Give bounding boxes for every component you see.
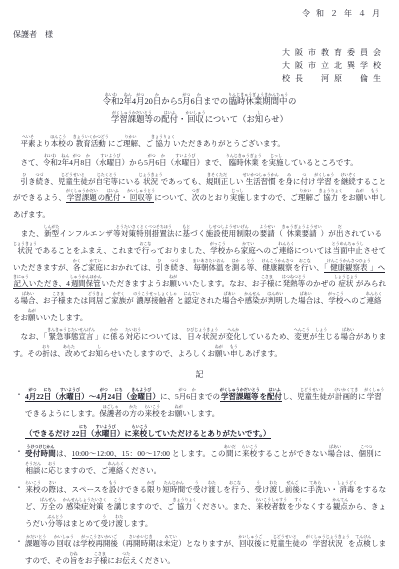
text-segment: ）から5 <box>122 158 148 167</box>
notes-list: ・4月がつ22日にち（水曜日すいようび）～4月がつ24日にち（金曜日きんようび）… <box>13 387 386 569</box>
text-segment: 令和れいわ <box>103 97 120 106</box>
text-segment: （ <box>92 158 100 167</box>
text-segment: いいたします。なお、お <box>177 279 259 288</box>
text-segment: 水曜日すいようび <box>59 392 82 402</box>
text-segment: ）となりますが、 <box>178 539 238 548</box>
text-segment: した <box>283 296 298 305</box>
bullet-marker: ・ <box>13 534 25 569</box>
text-segment: 2 <box>119 97 123 106</box>
list-item: ・課題等かだいとうの回収かいしゅうは学校再開後がっこうさいかいご（再開時期さいか… <box>13 534 386 569</box>
text-segment: しますので、ご <box>245 193 298 202</box>
text-segment: にご <box>108 139 123 148</box>
text-segment: 来校者数らいこうしゃすう <box>255 502 287 511</box>
text-segment: ください。 <box>124 466 162 475</box>
text-segment: 週間保管しゅうかんほかん <box>70 279 102 289</box>
text-segment: 配付はいふ <box>105 193 120 203</box>
text-segment: 改あらた <box>65 349 73 358</box>
text-segment: 水曜日すいようび <box>174 158 197 167</box>
title-line-2: 学習課題等がくしゅうかだいとうの配付はいふ・回収かいしゅうについて（お知しらせ） <box>13 110 386 128</box>
text-segment: は、 <box>343 449 359 458</box>
text-segment: 月がつ <box>182 97 190 106</box>
text-segment: い、 <box>309 263 324 272</box>
text-segment: 24 <box>108 392 116 402</box>
text-segment: し <box>277 485 285 494</box>
text-segment: におかれては、 <box>103 263 156 272</box>
text-segment: であることをふまえ、これまで <box>35 246 141 255</box>
paragraph: 引ひき続つづき、児童生徒じどうせいとが自宅等じたくとうにいる状況じょうきょうであ… <box>13 172 386 224</box>
text-segment: き、 <box>43 177 58 186</box>
bullet-text: 受付時間うけつけじかんは、10:00～12:00、15：00～17:00 としま… <box>25 444 386 480</box>
text-segment: 日か <box>153 97 161 106</box>
text-segment: 当面中止とうめんちゅうし <box>332 246 364 255</box>
text-segment: しあげます。 <box>238 349 282 358</box>
text-segment: に <box>262 539 270 548</box>
text-segment: 渡わた <box>270 485 278 494</box>
text-segment: ）が <box>320 229 336 238</box>
text-segment: じますので、ご <box>121 502 174 511</box>
text-segment: 日にち <box>115 392 123 402</box>
text-segment: 受う <box>254 485 262 494</box>
text-segment: 前後ぜんご <box>285 485 300 494</box>
text-segment <box>13 139 21 148</box>
text-segment: に、5 <box>160 392 179 401</box>
text-segment: はまとめて <box>63 519 101 528</box>
text-segment: をお <box>13 313 28 322</box>
text-segment: 子様こさま <box>92 556 107 565</box>
bullet-marker: ・ <box>13 387 25 423</box>
sender-line-organization: 大阪市教育委員会 <box>13 46 386 59</box>
text-segment: 際さい <box>48 485 56 494</box>
text-segment: なお、「 <box>13 332 47 341</box>
text-segment: 渡わた <box>208 485 216 494</box>
text-segment: します。 <box>123 519 152 528</box>
text-segment: 家族かぞく <box>111 296 126 305</box>
text-segment: 毎朝体温まいあさたいおん <box>193 263 225 272</box>
text-segment: 子様こさま <box>259 279 274 288</box>
text-segment: に <box>300 485 308 494</box>
text-segment: することができない <box>257 449 327 458</box>
text-segment: けできる <box>117 485 148 494</box>
text-segment: については、 <box>141 332 187 341</box>
text-segment: 記入きにゅう <box>13 279 29 289</box>
text-segment: 発熱等はつねつとう <box>282 279 306 288</box>
text-segment: へのご <box>344 296 367 305</box>
text-segment: 学校がっこう <box>210 246 226 255</box>
text-segment: えください。 <box>130 556 175 565</box>
text-segment: 短時間たんじかん <box>162 485 185 494</box>
text-segment: （できるだけ 22 <box>25 429 79 439</box>
text-segment: しい <box>228 177 243 186</box>
text-segment: ）まで、 <box>197 158 227 167</box>
text-segment: 協力きょうりょく <box>174 502 194 511</box>
text-segment: 継続けいぞく <box>341 177 357 186</box>
text-segment: 児童生徒じどうせいと <box>270 539 300 548</box>
document-page: 令和２年４月 保護者 様 大阪市教育委員会 大阪市立北巽学校 校長 河原 倫生 … <box>0 0 399 569</box>
text-segment: 感染症対策かんせんしょうたいさく <box>63 502 106 511</box>
text-segment: していただけるとありがたいです。） <box>147 429 270 439</box>
list-item: ・来校らいこうの際さいは、スペースを設もうけできる限かぎり短時間たんじかんで受う… <box>13 480 386 532</box>
text-segment: 折おり <box>42 349 50 358</box>
text-segment: 伝つた <box>122 556 130 565</box>
text-segment: 実施じっし <box>230 193 245 202</box>
text-segment: 臨時休業期間中りんじきゅうぎょうきかんちゅう <box>228 97 288 106</box>
text-segment: い <box>363 193 371 202</box>
text-segment: 学習課題がくしゅうかだい <box>66 193 98 203</box>
text-segment: 感染かんせん <box>245 296 261 305</box>
text-segment: 学校がっこう <box>328 296 344 305</box>
text-segment: または <box>66 296 89 305</box>
list-item: ・受付時間うけつけじかんは、10:00～12:00、15：00～17:00 とし… <box>13 444 386 480</box>
text-segment: のとおり <box>199 193 229 202</box>
text-segment: いします。 <box>182 409 219 418</box>
sender-line-school: 大阪市立北巽学校 <box>13 59 386 72</box>
text-segment: 来校らいこう <box>132 429 148 439</box>
text-segment: け <box>200 485 208 494</box>
text-segment: 実施じっし <box>268 158 283 167</box>
text-segment: めてお <box>73 349 96 358</box>
text-segment: をお <box>160 409 175 418</box>
text-segment: 連絡れんらく <box>366 296 382 305</box>
text-segment: より <box>36 139 51 148</box>
text-segment: 回収かいしゅう <box>186 115 204 124</box>
text-segment: 消毒しょうどく <box>338 485 356 494</box>
text-segment: 手洗てあら <box>308 485 323 494</box>
text-segment: 規則正きそくただ <box>206 177 229 186</box>
text-segment: をお <box>77 556 92 565</box>
text-segment: 状況じょうきょう <box>13 246 35 255</box>
text-segment: 設もう <box>109 485 117 494</box>
text-segment: 場合ばあい <box>21 296 36 305</box>
text-segment: 緊急事態宣言きんきゅうじたいせんげん <box>47 332 95 341</box>
list-item: ・4月がつ22日にち（水曜日すいようび）～4月がつ24日にち（金曜日きんようび）… <box>13 387 386 423</box>
text-segment: しているため、 <box>241 332 294 341</box>
bullet-marker: ・ <box>13 480 25 532</box>
body-paragraphs: 平素へいそより本校ほんこうの教育活動きょういくかつどうにご理解りかい、ご協力きょ… <box>13 134 386 362</box>
text-segment: 続つづ <box>36 177 44 186</box>
bullet-text: （できるだけ 22日にち（水曜日すいようび）に来校らいこうしていただけるとありが… <box>25 424 386 443</box>
text-segment: 年ねん <box>62 158 70 167</box>
text-segment: 対応たいおう <box>125 332 141 341</box>
text-segment: 本校ほんこう <box>51 139 67 148</box>
text-segment: いいたします。 <box>36 313 88 322</box>
text-segment: 水曜日すいようび <box>99 158 122 167</box>
text-segment: された <box>199 296 222 305</box>
bullet-text: 来校らいこうの際さいは、スペースを設もうけできる限かぎり短時間たんじかんで受うけ… <box>25 480 386 532</box>
bullet-marker <box>13 424 25 443</box>
text-segment <box>13 177 21 186</box>
text-segment: ご <box>81 263 89 272</box>
text-segment: 場合ばあい <box>327 449 343 458</box>
text-segment: までの <box>198 392 221 401</box>
text-segment: 10:00～12:00、15：00～17:00 <box>72 449 170 459</box>
text-segment: 学習がくしゅう <box>316 177 334 186</box>
text-segment: 続つづ <box>171 263 179 272</box>
text-segment: 同居どうきょ <box>88 296 104 305</box>
text-segment: 変更へんこう <box>294 332 310 341</box>
text-segment: 家庭かてい <box>241 246 256 255</box>
text-segment: いただきありがとうございます。 <box>173 139 285 148</box>
text-segment: 健康観察表けんこうかんさつひょう <box>327 263 370 273</box>
text-segment: 受う <box>101 519 109 528</box>
paragraph: なお、「緊急事態宣言きんきゅうじたいせんげん」に係かかる対応たいおうについては、… <box>13 327 386 363</box>
text-segment: をお <box>341 193 356 202</box>
text-segment: 行おこな <box>231 485 239 494</box>
text-segment: 分等ぶんとう <box>48 519 64 528</box>
text-segment: については <box>294 246 332 255</box>
text-segment: ） <box>153 392 161 402</box>
text-segment: の <box>288 97 296 106</box>
text-segment: できるようにします。 <box>25 409 99 418</box>
text-segment: 保護者ほごしゃ <box>99 409 122 418</box>
recipient-line: 保護者 様 <box>13 29 386 41</box>
bullet-text: 課題等かだいとうの回収かいしゅうは学校再開後がっこうさいかいご（再開時期さいかい… <box>25 534 386 569</box>
text-segment: 渡わた <box>116 519 124 528</box>
text-segment: は、 <box>56 449 72 458</box>
text-segment: 日々状況ひびじょうきょう <box>187 332 219 341</box>
text-segment: 令和れいわ <box>43 158 58 167</box>
text-segment: 日にち <box>79 429 87 439</box>
text-segment: 万全ばんぜん <box>40 502 56 511</box>
text-segment: のかぜの <box>306 279 336 288</box>
text-segment: 方かた <box>129 409 137 418</box>
text-segment: （ <box>51 392 59 402</box>
text-segment: 休業要請きゅうぎょうようせい <box>283 229 321 238</box>
text-segment: なくする <box>302 502 333 511</box>
text-segment: 各かく <box>73 263 81 272</box>
text-segment: を <box>106 502 114 511</box>
text-segment: いただきますようお <box>101 279 169 288</box>
text-segment: 状況じょうきょう <box>141 177 161 186</box>
text-segment: 課題等かだいとう <box>25 539 48 548</box>
bullet-text: 4月がつ22日にち（水曜日すいようび）～4月がつ24日にち（金曜日きんようび）に… <box>25 387 386 423</box>
text-segment: インフルエンザ <box>59 229 113 238</box>
text-segment: 生しょう <box>317 332 325 341</box>
text-segment: 引ひ <box>156 263 164 272</box>
paragraph: 平素へいそより本校ほんこうの教育活動きょういくかつどうにご理解りかい、ご協力きょ… <box>13 134 386 153</box>
text-segment: 観点かんてん <box>333 502 349 511</box>
text-segment: されている <box>344 229 382 238</box>
text-segment: 水曜日すいようび <box>94 429 117 439</box>
text-segment: っておりました、 <box>149 246 210 255</box>
text-segment: い・ <box>323 485 338 494</box>
text-segment: であっても、 <box>161 177 206 186</box>
text-segment: 日か <box>195 97 203 106</box>
list-item: （できるだけ 22日にち（水曜日すいようび）に来校らいこうしていただけるとありが… <box>13 424 386 443</box>
text-segment: 生活習慣せいかつしゅうかん <box>243 177 278 186</box>
text-segment: らせ） <box>263 115 288 124</box>
text-segment: 場合ばあい <box>298 296 313 305</box>
text-segment: 認定にんてい <box>184 296 200 305</box>
text-segment: 願ねが <box>28 313 36 322</box>
text-segment: とします。この <box>170 449 226 458</box>
text-segment: 」へ <box>370 263 385 273</box>
date-line: 令和２年４月 <box>13 8 386 20</box>
text-segment: 計画的けいかくてき <box>335 392 359 401</box>
text-segment: 日か <box>190 392 198 401</box>
text-segment: いただき、4 <box>29 279 70 289</box>
text-segment: 20 <box>144 97 152 106</box>
text-segment: づく <box>190 229 206 238</box>
text-segment: 学習課題等がくしゅうかだいとう <box>111 115 153 124</box>
text-segment: に <box>374 449 382 458</box>
title-line-1: 令和れいわ2年ねん4月がつ20日かから5月がつ6日かまでの臨時休業期間中りんじき… <box>13 92 386 110</box>
text-segment: 健康観察けんこうかんさつ <box>262 263 294 272</box>
text-segment: 学校再開後がっこうさいかいご <box>80 539 118 548</box>
text-segment: 引ひ <box>21 177 29 186</box>
text-segment: 個別こべつ <box>359 449 375 458</box>
text-segment: 点検てんけん <box>356 539 372 548</box>
text-segment: 相談そうだん <box>25 466 41 475</box>
text-segment: （ <box>167 158 175 167</box>
text-segment: 来校らいこう <box>144 409 160 418</box>
text-segment: 願ねが <box>169 279 177 288</box>
text-segment: 連絡れんらく <box>279 246 295 255</box>
text-segment: 平素へいそ <box>21 139 36 148</box>
text-segment: までの <box>203 97 228 106</box>
text-segment: の <box>153 115 161 124</box>
text-segment: から5 <box>161 97 182 106</box>
text-segment: 基もと <box>182 229 190 238</box>
text-segment: じますので、ご <box>56 466 108 475</box>
text-segment: し、 <box>282 392 297 401</box>
text-segment: （ <box>123 392 131 402</box>
text-segment: 出だ <box>336 229 344 238</box>
text-segment: 場合ばあい <box>341 332 356 341</box>
text-segment: と <box>176 296 184 305</box>
text-segment: 申もう <box>371 193 379 202</box>
text-segment: らせいたしますので、よろしくお <box>103 349 215 358</box>
text-segment: 金曜日きんようび <box>130 392 153 402</box>
text-segment: 家庭かてい <box>88 263 103 272</box>
text-segment: さて、 <box>13 158 43 167</box>
text-segment: 、お <box>36 296 51 305</box>
bullet-marker: ・ <box>13 444 25 480</box>
text-segment: 係かか <box>110 332 118 341</box>
text-segment: （ <box>118 539 126 548</box>
text-segment: 児童生徒じどうせいと <box>297 392 327 401</box>
text-segment: で <box>185 485 193 494</box>
text-segment: 新型しんがた <box>44 229 60 238</box>
text-segment: 日か <box>84 158 92 167</box>
text-segment: ）～4 <box>81 392 100 402</box>
text-segment: 間あいだ <box>226 449 234 458</box>
text-segment: 判明はんめい <box>268 296 284 305</box>
text-segment: 願ねが <box>215 349 223 358</box>
text-segment: にいる <box>118 177 141 186</box>
text-segment: 応おう <box>48 466 56 475</box>
text-segment: ください。また、 <box>194 502 255 511</box>
text-segment: 臨時休業りんじきゅうぎょう <box>226 158 261 167</box>
text-segment: を <box>260 392 268 402</box>
text-segment: 子様こさま <box>51 296 66 305</box>
text-segment: 回収後かいしゅうご <box>239 539 263 548</box>
text-segment: う、 <box>239 485 254 494</box>
text-segment: に <box>275 279 283 288</box>
text-segment: について、 <box>154 193 192 202</box>
text-segment: に <box>234 449 242 458</box>
text-segment: 再開時期さいかいじき <box>126 539 156 548</box>
text-segment: は、スペースを <box>56 485 109 494</box>
text-segment: 未定みてい <box>163 539 178 548</box>
text-segment: 知し <box>255 115 263 124</box>
text-segment: 配付はいふ <box>161 115 178 124</box>
text-segment: き、 <box>178 263 193 272</box>
text-segment: 協力きょうりょく <box>321 193 341 202</box>
text-segment: 施設使用制限しせつしようせいげん <box>206 229 252 238</box>
text-segment: 限かぎ <box>147 485 155 494</box>
text-segment: 協力きょうりょく <box>153 139 173 148</box>
text-segment: 回収等かいしゅうとう <box>128 193 154 203</box>
text-segment: にお <box>107 556 122 565</box>
text-segment: 症状しょうじょう <box>336 279 356 288</box>
paragraph: さて、令和れいわ2年ねん4月がつ8日か（水曜日すいようび）から5月がつ6日か（水… <box>13 153 386 172</box>
text-segment: ）に <box>117 429 132 439</box>
text-segment: 教育活動きょういくかつどう <box>74 139 109 148</box>
text-segment: 回収かいしゅう <box>55 539 73 548</box>
ki-marker: 記 <box>13 369 386 381</box>
document-title: 令和れいわ2年ねん4月がつ20日かから5月がつ6日かまでの臨時休業期間中りんじき… <box>13 92 386 128</box>
text-segment: 受付時間うけつけじかん <box>25 449 56 458</box>
text-segment: 身み <box>285 177 293 186</box>
text-segment: 理解りかい <box>123 139 138 148</box>
text-segment: 日か <box>159 158 167 167</box>
text-segment: 理解りかい <box>298 193 313 202</box>
text-segment: 配付はいふ <box>267 392 282 402</box>
text-segment: は、 <box>313 296 328 305</box>
text-segment: 濃厚接触者のうこうせっしょくしゃ <box>134 296 177 305</box>
text-segment: しているところです。 <box>283 158 357 167</box>
sender-block: 大阪市教育委員会 大阪市立北巽学校 校長 河原 倫生 <box>13 46 386 85</box>
text-segment: 来校らいこう <box>25 485 41 494</box>
text-segment: 自宅等じたくとう <box>95 177 118 186</box>
text-segment: また、 <box>13 229 44 238</box>
text-segment: 知し <box>95 349 103 358</box>
text-segment: 少すく <box>295 502 303 511</box>
text-segment: 学習状況がくしゅうじょうきょう <box>307 539 348 548</box>
text-segment: 要請ようせい <box>260 229 276 238</box>
paragraph: また、新型しんがたインフルエンザ等対策特別措置法とうたいさくとくべつそちほうに基… <box>13 224 386 327</box>
text-segment: い <box>223 349 231 358</box>
text-segment: 変化へんか <box>226 332 241 341</box>
text-segment: 」に <box>95 332 110 341</box>
text-segment: じる <box>325 332 340 341</box>
text-segment: 来校らいこう <box>242 449 258 458</box>
text-segment: 月がつ <box>100 392 108 402</box>
text-segment: 連絡れんらく <box>108 466 124 475</box>
sender-line-principal: 校長 河原 倫生 <box>13 72 386 85</box>
text-segment: 年ねん <box>124 97 132 106</box>
text-segment: 児童生徒じどうせいと <box>58 177 88 186</box>
text-segment: 等対策特別措置法とうたいさくとくべつそちほう <box>113 229 175 238</box>
text-segment: 学習がくしゅう <box>366 392 384 401</box>
text-segment: 22 <box>36 392 44 402</box>
text-segment: 付つ <box>300 177 308 186</box>
text-segment: 場合ばあい <box>222 296 237 305</box>
text-segment: へのご <box>256 246 279 255</box>
text-segment: から <box>226 246 241 255</box>
text-segment: について（お <box>205 115 255 124</box>
text-segment: 行おこな <box>301 263 309 272</box>
text-segment: 申もう <box>230 349 238 358</box>
text-segment: 学習課題等がくしゅうかだいとう <box>220 392 260 402</box>
text-segment: が <box>218 332 226 341</box>
